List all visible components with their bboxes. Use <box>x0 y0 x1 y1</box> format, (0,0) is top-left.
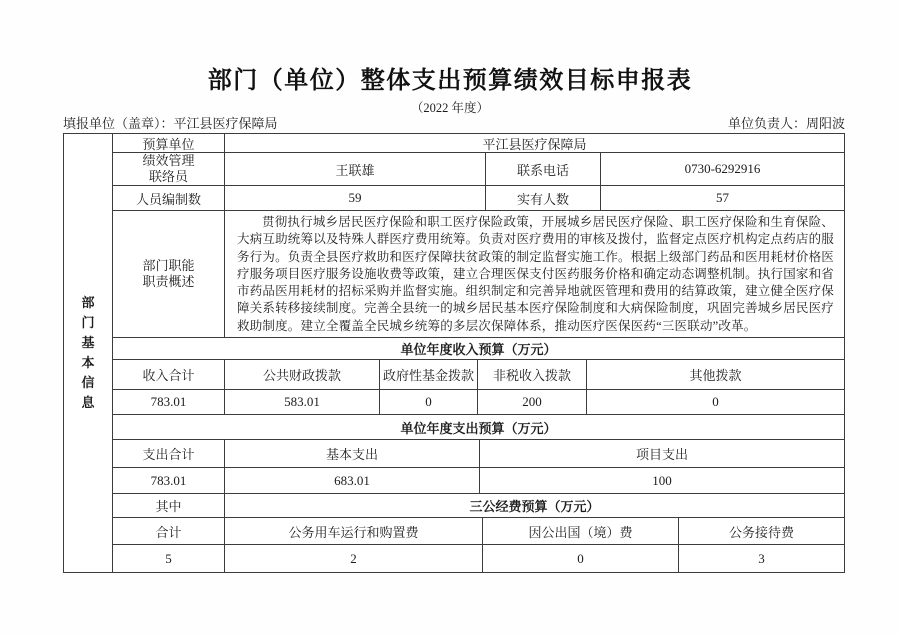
expense-header: 单位年度支出预算（万元） <box>113 415 844 439</box>
income-values-row: 783.01 583.01 0 200 0 <box>113 390 844 415</box>
three-public-value-total: 5 <box>113 545 225 572</box>
income-columns-row: 收入合计 公共财政拨款 政府性基金拨款 非税收入拨款 其他拨款 <box>113 360 844 390</box>
liaison-label: 绩效管理 联络员 <box>113 153 225 185</box>
income-value-other: 0 <box>587 390 844 414</box>
income-header-row: 单位年度收入预算（万元） <box>113 338 844 360</box>
actual-staff-value: 57 <box>601 186 844 210</box>
budget-unit-label: 预算单位 <box>113 134 225 152</box>
phone-value: 0730-6292916 <box>601 153 844 185</box>
budget-unit-row: 预算单位 平江县医疗保障局 <box>113 134 844 153</box>
meta-line: 填报单位（盖章）：平江县医疗保障局 单位负责人：周阳波 <box>63 113 845 132</box>
three-public-header: 三公经费预算（万元） <box>225 494 844 517</box>
unit-head-text: 单位负责人：周阳波 <box>728 113 845 132</box>
three-public-header-row: 其中 三公经费预算（万元） <box>113 494 844 518</box>
income-col-other: 其他拨款 <box>587 360 844 389</box>
income-value-total: 783.01 <box>113 390 225 414</box>
income-header: 单位年度收入预算（万元） <box>113 338 844 359</box>
liaison-row: 绩效管理 联络员 王联雄 联系电话 0730-6292916 <box>113 153 844 186</box>
fill-unit-text: 填报单位（盖章）：平江县医疗保障局 <box>63 113 278 132</box>
expense-columns-row: 支出合计 基本支出 项目支出 <box>113 440 844 468</box>
income-value-gov-fund: 0 <box>380 390 478 414</box>
three-public-value-vehicle: 2 <box>225 545 483 572</box>
phone-label: 联系电话 <box>486 153 601 185</box>
expense-header-row: 单位年度支出预算（万元） <box>113 415 844 440</box>
three-public-value-abroad: 0 <box>483 545 679 572</box>
income-col-public-finance: 公共财政拨款 <box>225 360 380 389</box>
expense-value-total: 783.01 <box>113 468 225 493</box>
staff-label: 人员编制数 <box>113 186 225 210</box>
side-label-cell: 部门基本信息 <box>64 134 113 572</box>
page-title: 部门（单位）整体支出预算绩效目标申报表 <box>0 60 900 95</box>
three-public-values-row: 5 2 0 3 <box>113 545 844 572</box>
duties-text-cell: 贯彻执行城乡居民医疗保险和职工医疗保险政策，开展城乡居民医疗保险、职工医疗保险和… <box>225 211 844 337</box>
duties-label: 部门职能 职责概述 <box>113 211 225 337</box>
main-table: 部门基本信息 预算单位 平江县医疗保障局 绩效管理 联络员 王联雄 联系电话 0… <box>63 133 845 573</box>
three-public-value-reception: 3 <box>679 545 844 572</box>
expense-value-basic: 683.01 <box>225 468 480 493</box>
income-col-nontax: 非税收入拨款 <box>478 360 587 389</box>
income-col-gov-fund: 政府性基金拨款 <box>380 360 478 389</box>
actual-staff-label: 实有人数 <box>486 186 601 210</box>
three-public-col-abroad: 因公出国（境）费 <box>483 518 679 544</box>
three-public-col-vehicle: 公务用车运行和购置费 <box>225 518 483 544</box>
staffing-row: 人员编制数 59 实有人数 57 <box>113 186 844 211</box>
expense-values-row: 783.01 683.01 100 <box>113 468 844 494</box>
among-label: 其中 <box>113 494 225 517</box>
income-value-public-finance: 583.01 <box>225 390 380 414</box>
income-col-total: 收入合计 <box>113 360 225 389</box>
three-public-col-reception: 公务接待费 <box>679 518 844 544</box>
duties-text: 贯彻执行城乡居民医疗保险和职工医疗保险政策，开展城乡居民医疗保险、职工医疗保险和… <box>237 214 834 335</box>
table-rows: 预算单位 平江县医疗保障局 绩效管理 联络员 王联雄 联系电话 0730-629… <box>113 134 844 572</box>
expense-value-project: 100 <box>480 468 844 493</box>
income-value-nontax: 200 <box>478 390 587 414</box>
staff-value: 59 <box>225 186 486 210</box>
duties-row: 部门职能 职责概述 贯彻执行城乡居民医疗保险和职工医疗保险政策，开展城乡居民医疗… <box>113 211 844 338</box>
expense-col-total: 支出合计 <box>113 440 225 467</box>
three-public-columns-row: 合计 公务用车运行和购置费 因公出国（境）费 公务接待费 <box>113 518 844 545</box>
liaison-name: 王联雄 <box>225 153 486 185</box>
budget-unit-value: 平江县医疗保障局 <box>225 134 844 152</box>
side-label: 部门基本信息 <box>80 293 96 413</box>
document-page: 部门（单位）整体支出预算绩效目标申报表 （2022 年度） 填报单位（盖章）：平… <box>0 0 900 636</box>
three-public-col-total: 合计 <box>113 518 225 544</box>
expense-col-project: 项目支出 <box>480 440 844 467</box>
expense-col-basic: 基本支出 <box>225 440 480 467</box>
